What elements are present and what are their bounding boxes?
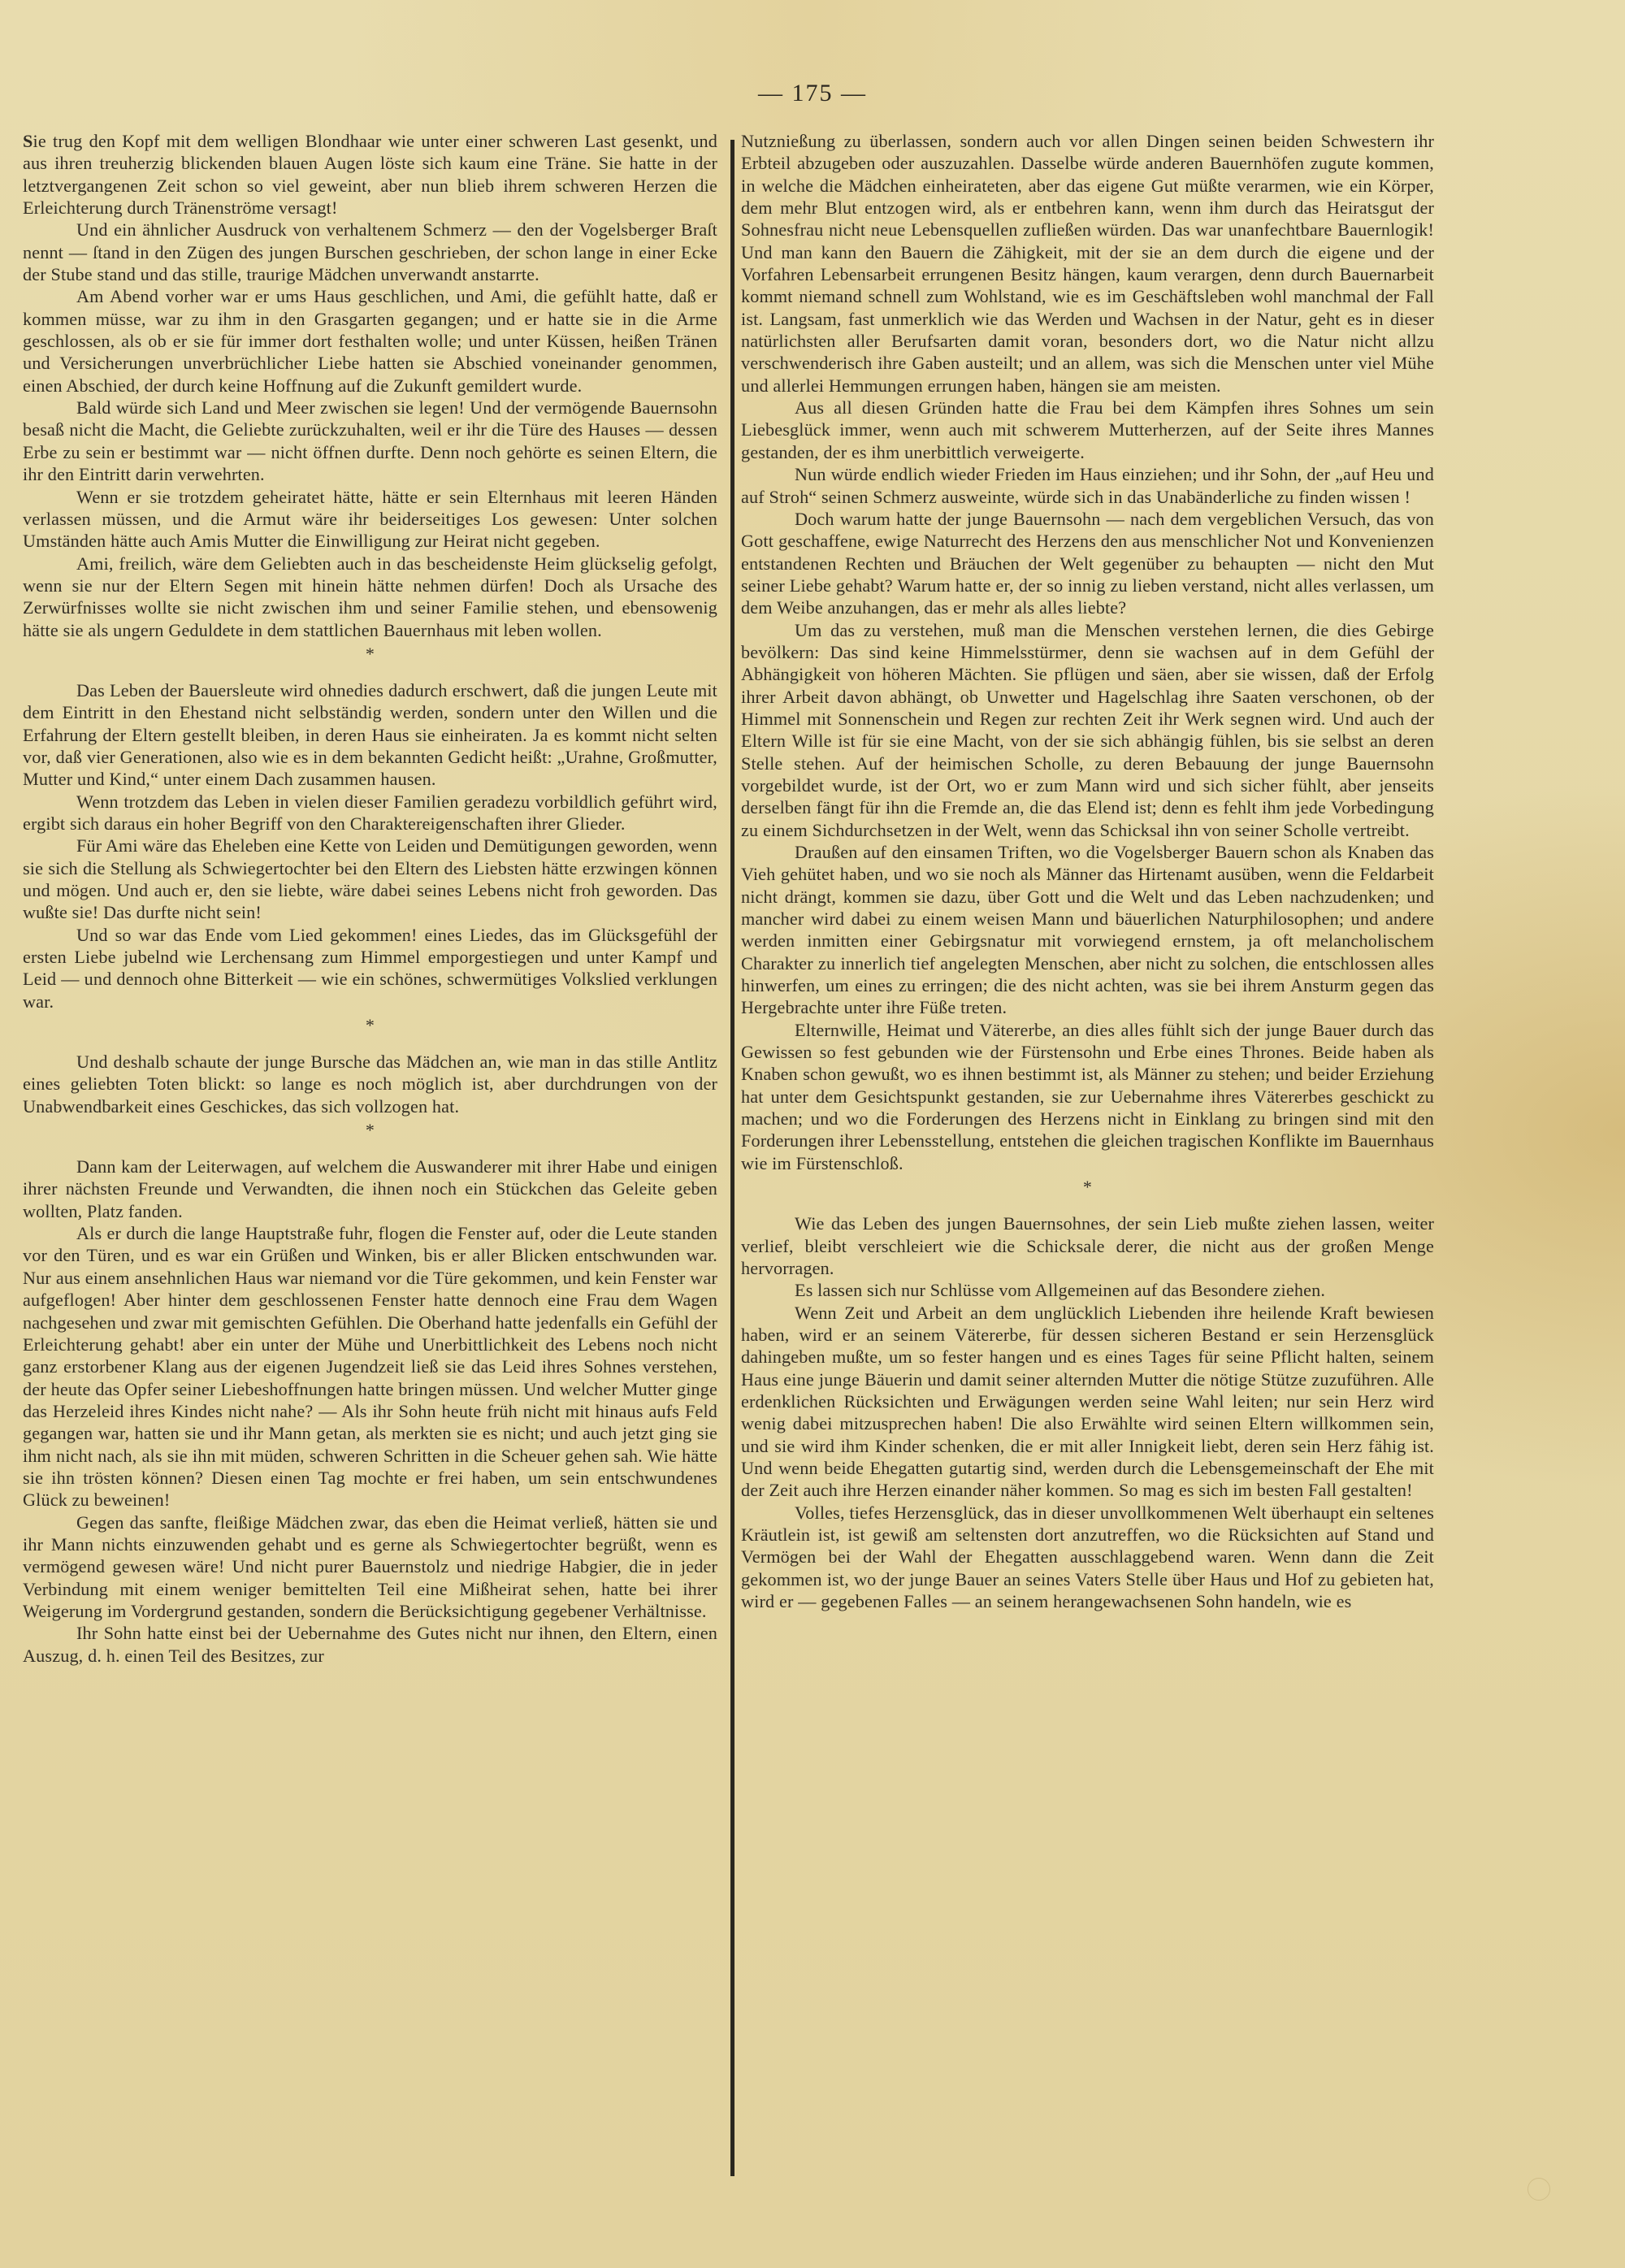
paragraph: Wenn Zeit und Arbeit an dem unglücklich … [741,1302,1434,1502]
paragraph: Volles, tiefes Herzensglück, das in dies… [741,1502,1434,1613]
right-column: Nutznießung zu überlassen, sondern auch … [741,130,1434,1612]
paragraph: Das Leben der Bauersleute wird ohnedies … [23,679,717,791]
paragraph: Und deshalb schaute der junge Bursche da… [23,1051,717,1117]
paragraph: Und so war das Ende vom Lied gekommen! e… [23,924,717,1013]
paragraph: Gegen das sanfte, fleißige Mädchen zwar,… [23,1511,717,1623]
paragraph: Dann kam der Leiterwagen, auf welchem di… [23,1156,717,1222]
paragraph: Nutznießung zu überlassen, sondern auch … [741,130,1434,397]
paragraph: Elternwille, Heimat und Vätererbe, an di… [741,1019,1434,1174]
paragraph: Doch warum hatte der junge Bauernsohn — … [741,508,1434,619]
paragraph: Nun würde endlich wieder Frieden im Haus… [741,463,1434,508]
paragraph: Aus all diesen Gründen hatte die Frau be… [741,397,1434,463]
paragraph: Wie das Leben des jungen Bauernsohnes, d… [741,1212,1434,1279]
section-break-asterisk: * [23,1119,717,1141]
section-break-asterisk: * [23,1014,717,1036]
column-divider-rule [730,140,734,2176]
paragraph: Für Ami wäre das Eheleben eine Kette von… [23,835,717,923]
section-break-asterisk: * [23,643,717,665]
paragraph: Ihr Sohn hatte einst bei der Uebernahme … [23,1622,717,1667]
paragraph: Wenn trotzdem das Leben in vielen dieser… [23,791,717,835]
paragraph: Als er durch die lange Hauptstraße fuhr,… [23,1222,717,1511]
paragraph: Wenn er sie trotzdem geheiratet hätte, h… [23,486,717,553]
paragraph: Draußen auf den einsamen Triften, wo die… [741,841,1434,1019]
section-break-asterisk: * [741,1176,1434,1198]
paragraph: Sie trug den Kopf mit dem welligen Blond… [23,130,717,219]
paragraph: Am Abend vorher war er ums Haus geschlic… [23,285,717,397]
paragraph: Und ein ähnlicher Ausdruck von verhalten… [23,219,717,285]
paragraph: Ami, freilich, wäre dem Geliebten auch i… [23,553,717,641]
paragraph: Um das zu verstehen, muß man die Mensche… [741,619,1434,841]
page-number: — 175 — [0,80,1625,107]
left-column: Sie trug den Kopf mit dem welligen Blond… [23,130,717,1667]
paragraph: Es lassen sich nur Schlüsse vom Allgemei… [741,1279,1434,1301]
paragraph: Bald würde sich Land und Meer zwischen s… [23,397,717,485]
paper-stain [1527,2178,1550,2201]
